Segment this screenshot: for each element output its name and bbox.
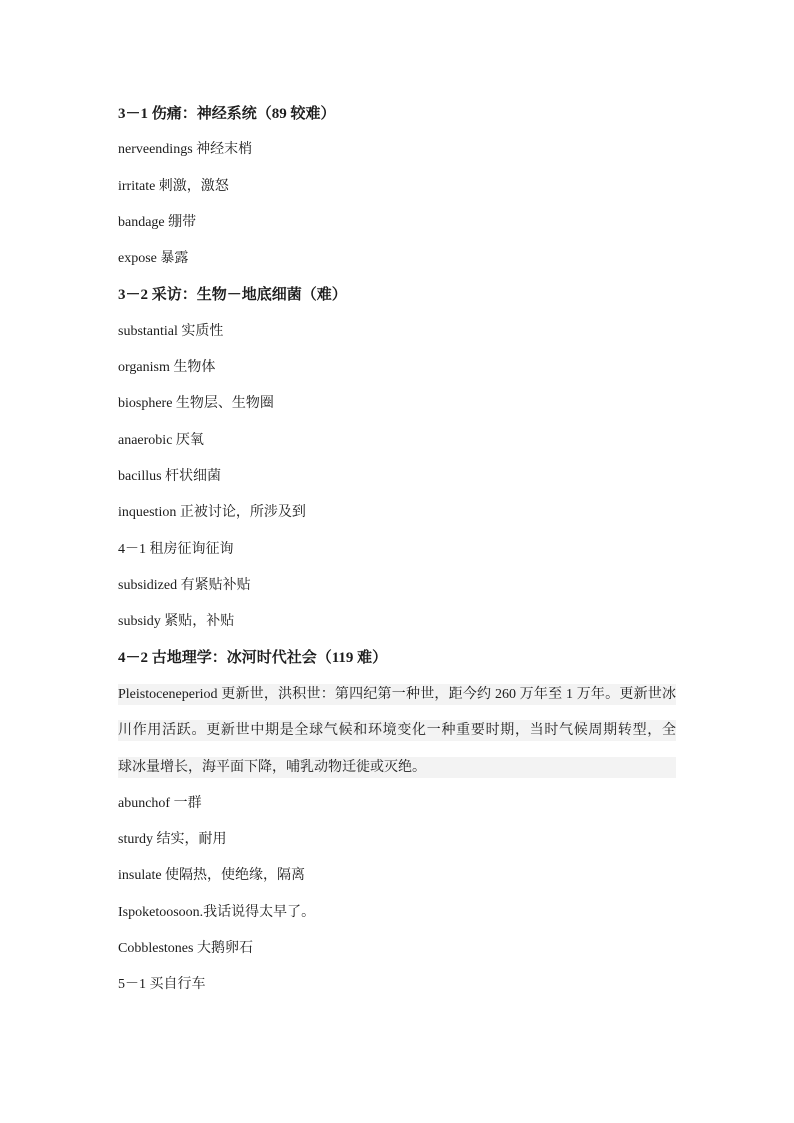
section-heading: 3－2 采访：生物－地底细菌（难） [118,277,676,313]
vocab-entry: organism 生物体 [118,350,676,386]
highlighted-text: Pleistoceneperiod 更新世，洪积世：第四纪第一种世，距今约 26… [118,684,676,705]
vocab-entry: biosphere 生物层、生物圈 [118,386,676,422]
highlighted-text: 川作用活跃。更新世中期是全球气候和环境变化一种重要时期，当时气候周期转型，全 [118,720,676,741]
definition-paragraph-line: 川作用活跃。更新世中期是全球气候和环境变化一种重要时期，当时气候周期转型，全 [118,713,676,749]
vocab-entry: abunchof 一群 [118,786,676,822]
highlighted-text: 球冰量增长，海平面下降，哺乳动物迁徙或灭绝。 [118,757,676,778]
vocab-entry: subsidy 紧贴，补贴 [118,604,676,640]
definition-paragraph-line: Pleistoceneperiod 更新世，洪积世：第四纪第一种世，距今约 26… [118,677,676,713]
vocab-entry: Cobblestones 大鹅卵石 [118,931,676,967]
vocab-entry: expose 暴露 [118,241,676,277]
document-page: 3－1 伤痛：神经系统（89 较难） nerveendings 神经末梢 irr… [0,0,794,1123]
vocab-entry: bandage 绷带 [118,205,676,241]
definition-paragraph-line: 球冰量增长，海平面下降，哺乳动物迁徙或灭绝。 [118,749,676,785]
vocab-entry: Ispoketoosoon.我话说得太早了。 [118,895,676,931]
section-heading: 4－2 古地理学：冰河时代社会（119 难） [118,640,676,676]
section-label: 4－1 租房征询征询 [118,532,676,568]
vocab-entry: sturdy 结实，耐用 [118,822,676,858]
document-content: 3－1 伤痛：神经系统（89 较难） nerveendings 神经末梢 irr… [118,96,676,1003]
vocab-entry: subsidized 有紧贴补贴 [118,568,676,604]
section-heading: 3－1 伤痛：神经系统（89 较难） [118,96,676,132]
vocab-entry: nerveendings 神经末梢 [118,132,676,168]
vocab-entry: bacillus 杆状细菌 [118,459,676,495]
vocab-entry: irritate 刺激，激怒 [118,169,676,205]
section-label: 5－1 买自行车 [118,967,676,1003]
vocab-entry: substantial 实质性 [118,314,676,350]
vocab-entry: insulate 使隔热，使绝缘，隔离 [118,858,676,894]
vocab-entry: anaerobic 厌氧 [118,423,676,459]
vocab-entry: inquestion 正被讨论，所涉及到 [118,495,676,531]
